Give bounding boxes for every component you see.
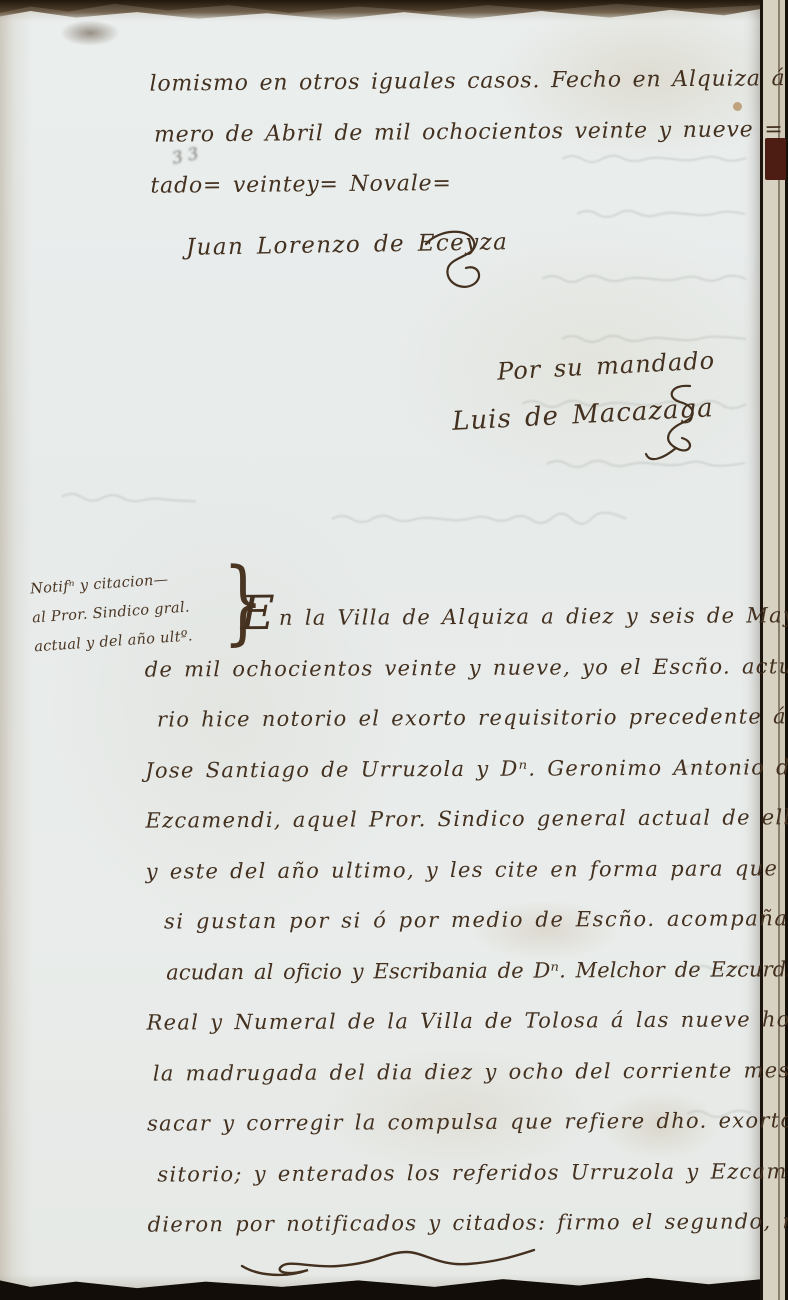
stain-decoration xyxy=(60,20,120,46)
bleed-through-decoration xyxy=(575,205,750,224)
body-line: sacar y corregir la compulsa que refiere… xyxy=(147,1095,765,1149)
rubric-flourish-icon xyxy=(422,226,492,302)
body-line: la madrugada del dia diez y ocho del cor… xyxy=(147,1045,765,1099)
closing-paragraph: lomismo en otros iguales casos. Fecho en… xyxy=(149,53,762,211)
manuscript-scan: 33 lomismo en otros iguales casos. Fecho… xyxy=(0,0,788,1300)
rubric-flourish-icon xyxy=(640,382,702,476)
body-line: Real y Numeral de la Villa de Tolosa á l… xyxy=(146,994,764,1048)
fore-edge-mark xyxy=(765,138,786,180)
body-line: y este del año ultimo, y les cite en for… xyxy=(146,843,764,897)
body-line: de mil ochocientos veinte y nueve, yo el… xyxy=(145,641,763,695)
bleed-through-decoration xyxy=(540,270,750,289)
closing-line: lomismo en otros iguales casos. Fecho en… xyxy=(149,53,761,109)
body-line: sitorio; y enterados los referidos Urruz… xyxy=(147,1146,765,1200)
body-line-text: n la Villa de Alquiza a diez y seis de M… xyxy=(279,603,788,630)
closing-flourish-icon xyxy=(238,1242,538,1286)
body-line: En la Villa de Alquiza a diez y seis de … xyxy=(144,590,762,644)
body-line: Ezcamendi, aquel Pror. Sindico general a… xyxy=(145,792,763,846)
closing-line: mero de Abril de mil ochocientos veinte … xyxy=(150,104,762,160)
body-line: Jose Santiago de Urruzola y Dⁿ. Geronimo… xyxy=(145,742,763,796)
body-line: rio hice notorio el exorto requisitorio … xyxy=(145,691,763,745)
body-line: si gustan por si ó por medio de Escño. a… xyxy=(146,893,764,947)
body-paragraph: En la Villa de Alquiza a diez y seis de … xyxy=(144,590,765,1250)
closing-line: tado= veintey= Novale= xyxy=(150,155,762,211)
body-line: acudan al oficio y Escribania de Dⁿ. Mel… xyxy=(146,944,764,998)
bleed-through-decoration xyxy=(560,330,750,349)
bleed-through-decoration xyxy=(330,510,630,529)
